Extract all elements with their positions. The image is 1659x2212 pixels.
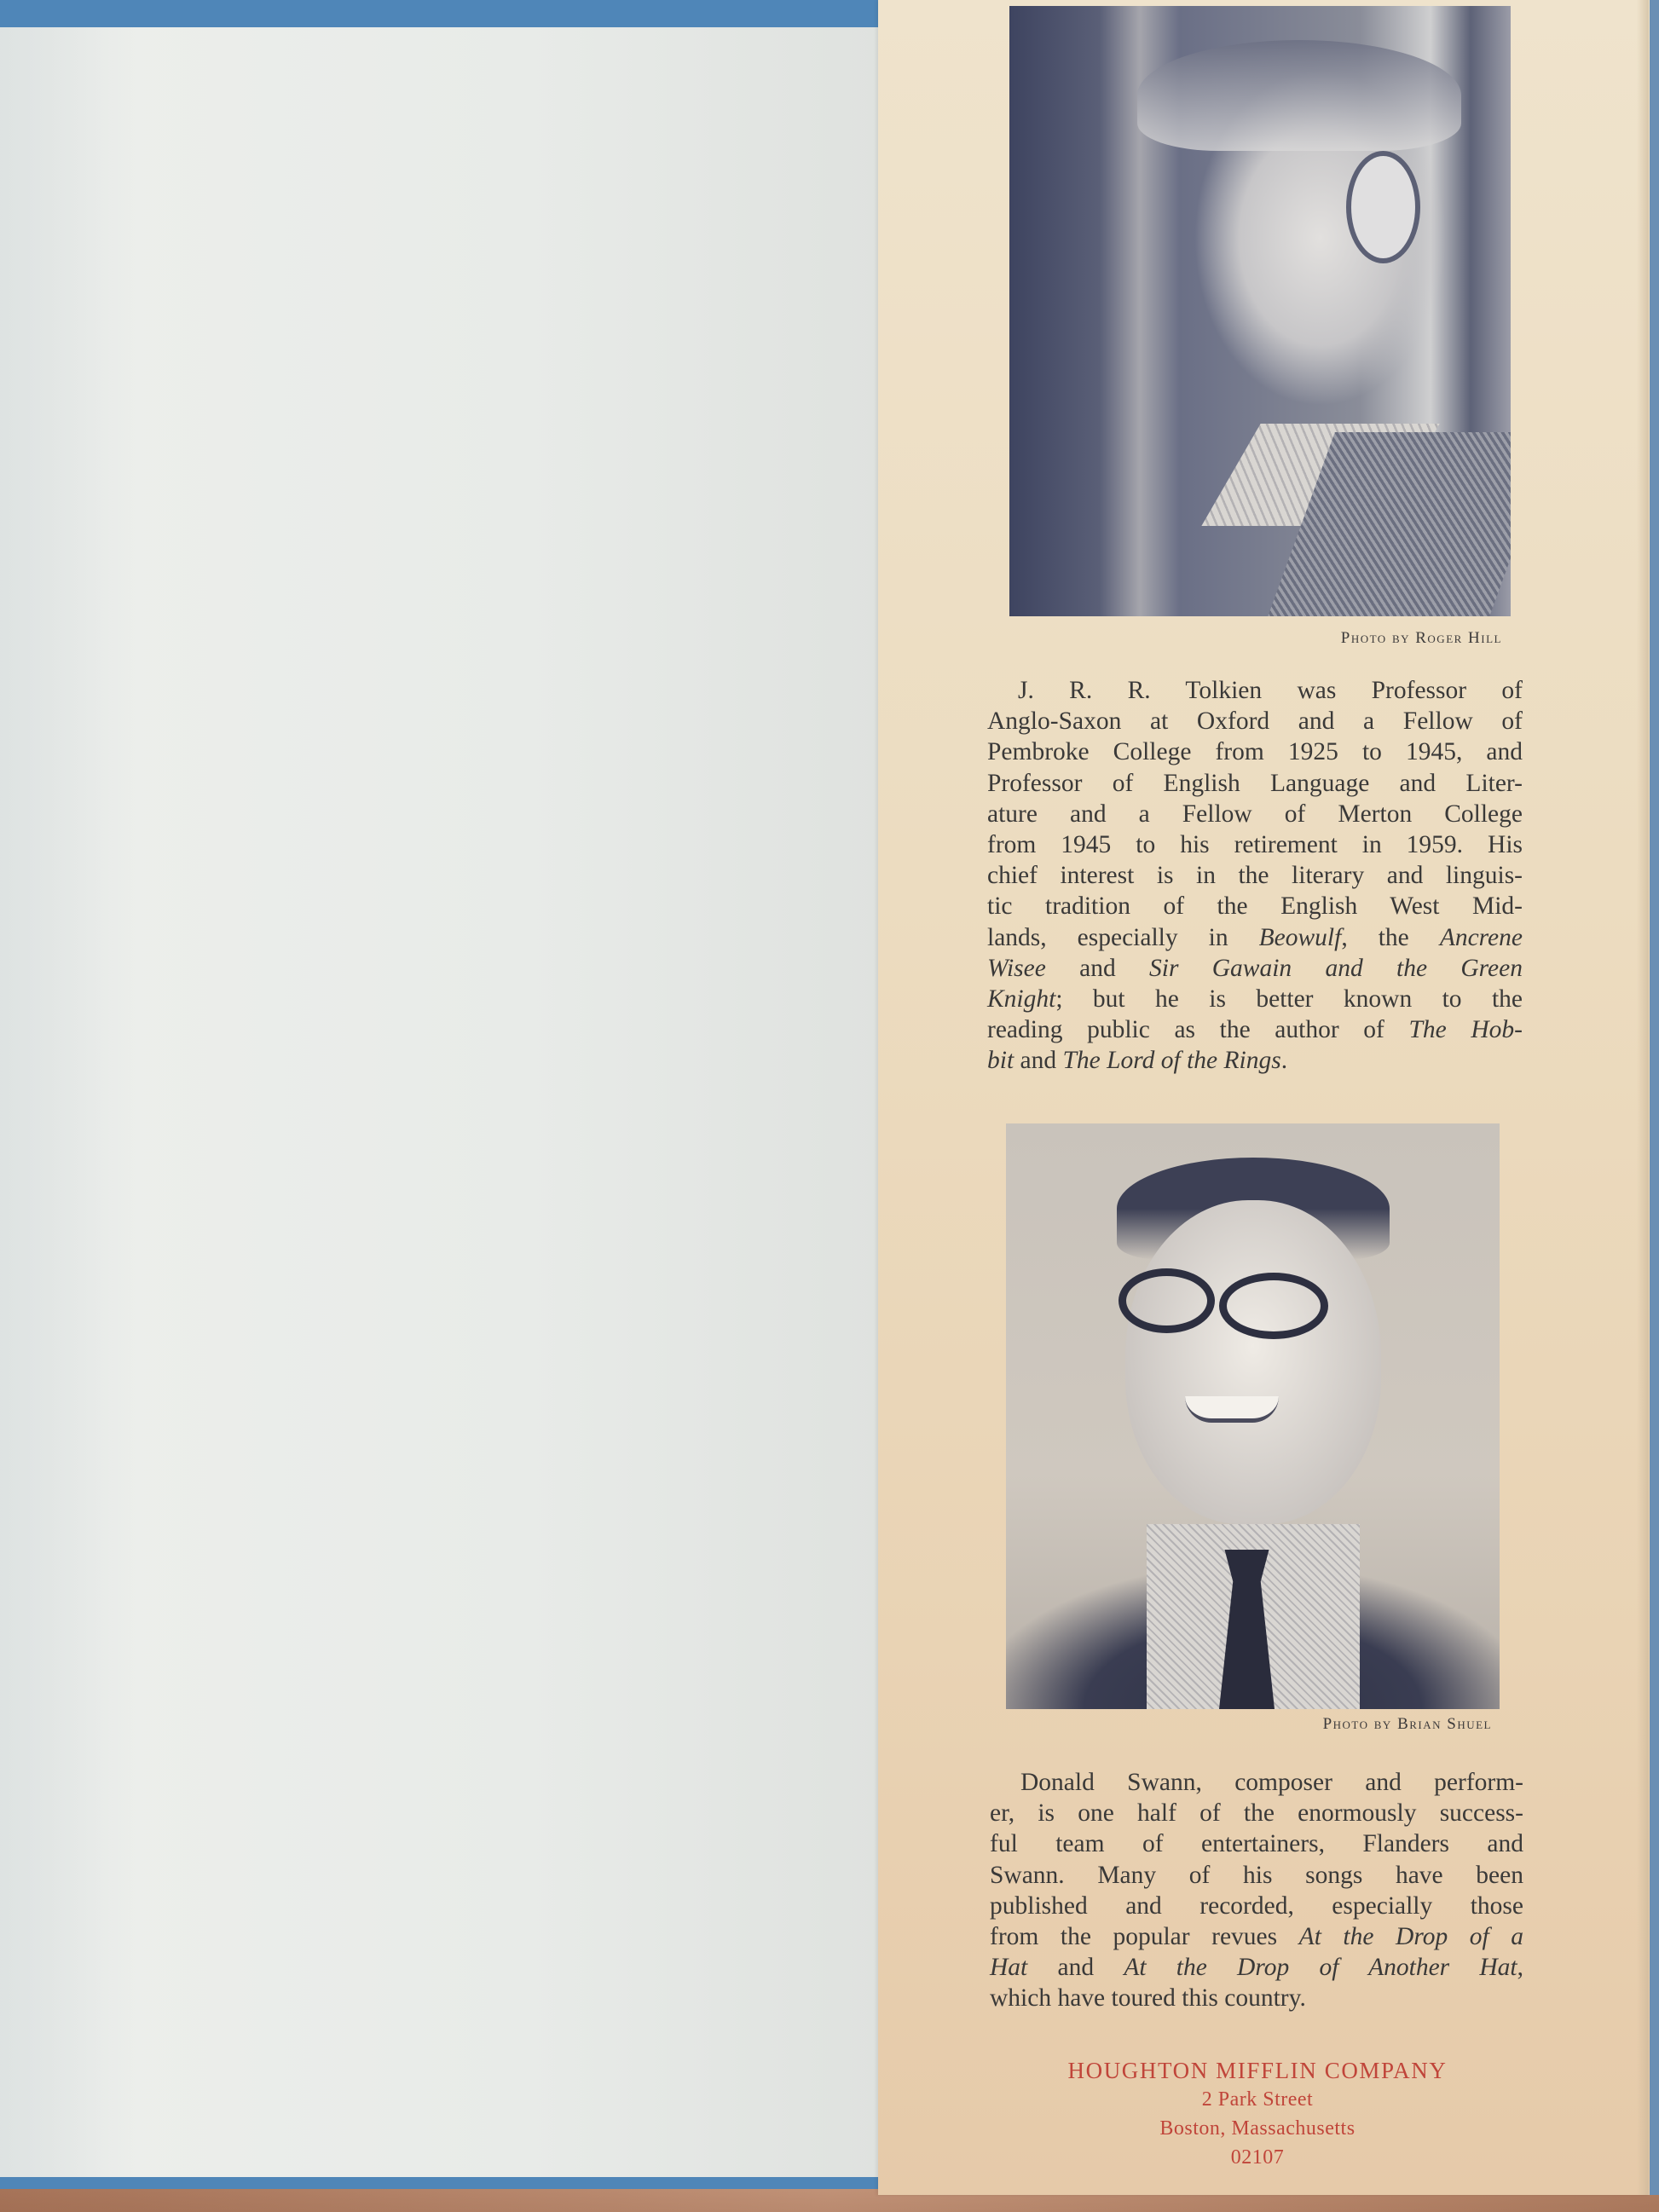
text-run: reading public as the author of xyxy=(987,1016,1408,1043)
italic-title: Ancrene xyxy=(1440,924,1523,951)
bio-line: Pembroke College from 1925 to 1945, and xyxy=(987,736,1523,767)
bio-line: ature and a Fellow of Merton College xyxy=(987,799,1523,829)
tolkien-photo xyxy=(1009,6,1511,616)
italic-title: Wisee xyxy=(987,955,1046,982)
bio-line: which have toured this country. xyxy=(990,1983,1523,2013)
bio-line: er, is one half of the enormously succes… xyxy=(990,1798,1523,1828)
text-run: published and recorded, especially those xyxy=(990,1892,1523,1920)
text-run: , the xyxy=(1341,924,1439,951)
italic-title: bit xyxy=(987,1047,1014,1074)
italic-title: At the Drop of Another Hat xyxy=(1124,1954,1517,1981)
publisher-zip: 02107 xyxy=(989,2143,1526,2172)
bio-line: Anglo-Saxon at Oxford and a Fellow of xyxy=(987,706,1523,736)
text-run: and xyxy=(1027,1954,1124,1981)
bio-line: ful team of entertainers, Flanders and xyxy=(990,1828,1523,1859)
text-run: lands, especially in xyxy=(987,924,1259,951)
publisher-city: Boston, Massachusetts xyxy=(989,2114,1526,2143)
bio-line: J. R. R. Tolkien was Professor of xyxy=(987,675,1523,706)
tolkien-photo-credit: Photo by Roger Hill xyxy=(1194,629,1502,648)
text-run: ; but he is better known to the xyxy=(1055,985,1523,1013)
bio-line: tic tradition of the English West Mid- xyxy=(987,891,1523,921)
tolkien-ear xyxy=(1346,151,1420,263)
text-run: Pembroke College from 1925 to 1945, and xyxy=(987,738,1523,765)
swann-glasses-right xyxy=(1219,1273,1328,1339)
italic-title: Beowulf xyxy=(1259,924,1342,951)
bio-line: lands, especially in Beowulf, the Ancren… xyxy=(987,922,1523,953)
bio-line: Donald Swann, composer and perform- xyxy=(990,1767,1523,1798)
text-run: Professor of English Language and Liter- xyxy=(987,770,1523,797)
text-run: er, is one half of the enormously succes… xyxy=(990,1799,1523,1827)
italic-title: Knight xyxy=(987,985,1055,1013)
swann-glasses-left xyxy=(1119,1268,1215,1333)
swann-biography: Donald Swann, composer and perform-er, i… xyxy=(990,1767,1523,2014)
text-run: Donald Swann, composer and perform- xyxy=(1020,1769,1523,1796)
text-run: , xyxy=(1517,1954,1523,1981)
swann-photo xyxy=(1006,1123,1500,1709)
text-run: and xyxy=(1046,955,1149,982)
bio-line: Wisee and Sir Gawain and the Green xyxy=(987,953,1523,984)
text-run: . xyxy=(1281,1047,1287,1074)
text-run: ature and a Fellow of Merton College xyxy=(987,800,1523,828)
publisher-street: 2 Park Street xyxy=(989,2085,1526,2114)
endpaper-gutter-shade xyxy=(0,27,136,2177)
swann-photo-credit: Photo by Brian Shuel xyxy=(1194,1715,1492,1734)
flap-fold-edge xyxy=(1637,0,1649,2195)
tolkien-biography: J. R. R. Tolkien was Professor ofAnglo-S… xyxy=(987,675,1523,1077)
bio-line: reading public as the author of The Hob- xyxy=(987,1014,1523,1045)
publisher-name: HOUGHTON MIFFLIN COMPANY xyxy=(989,2056,1526,2085)
bio-line: chief interest is in the literary and li… xyxy=(987,860,1523,891)
text-run: which have toured this country. xyxy=(990,1984,1306,2012)
bio-line: Knight; but he is better known to the xyxy=(987,984,1523,1014)
bio-line: Swann. Many of his songs have been xyxy=(990,1860,1523,1891)
swann-face xyxy=(1125,1200,1381,1524)
bio-line: from the popular revues At the Drop of a xyxy=(990,1921,1523,1952)
text-run: ful team of entertainers, Flanders and xyxy=(990,1830,1523,1857)
text-run: and xyxy=(1014,1047,1062,1074)
swann-smile xyxy=(1185,1396,1279,1423)
text-run: J. R. R. Tolkien was Professor of xyxy=(1018,677,1523,704)
italic-title: Sir Gawain and the Green xyxy=(1149,955,1523,982)
italic-title: At the Drop of a xyxy=(1299,1923,1523,1950)
tolkien-hair xyxy=(1137,40,1461,151)
bio-line: published and recorded, especially those xyxy=(990,1891,1523,1921)
italic-title: Hat xyxy=(990,1954,1027,1981)
text-run: Swann. Many of his songs have been xyxy=(990,1862,1523,1889)
italic-title: The Lord of the Rings xyxy=(1063,1047,1281,1074)
text-run: from the popular revues xyxy=(990,1923,1299,1950)
text-run: from 1945 to his retirement in 1959. His xyxy=(987,831,1523,858)
text-run: Anglo-Saxon at Oxford and a Fellow of xyxy=(987,707,1523,735)
bio-line: bit and The Lord of the Rings. xyxy=(987,1045,1523,1076)
bio-line: from 1945 to his retirement in 1959. His xyxy=(987,829,1523,860)
publisher-imprint: HOUGHTON MIFFLIN COMPANY 2 Park Street B… xyxy=(989,2056,1526,2172)
bio-line: Professor of English Language and Liter- xyxy=(987,768,1523,799)
italic-title: The Hob- xyxy=(1408,1016,1523,1043)
text-run: chief interest is in the literary and li… xyxy=(987,862,1523,889)
text-run: tic tradition of the English West Mid- xyxy=(987,892,1523,920)
bio-line: Hat and At the Drop of Another Hat, xyxy=(990,1952,1523,1983)
